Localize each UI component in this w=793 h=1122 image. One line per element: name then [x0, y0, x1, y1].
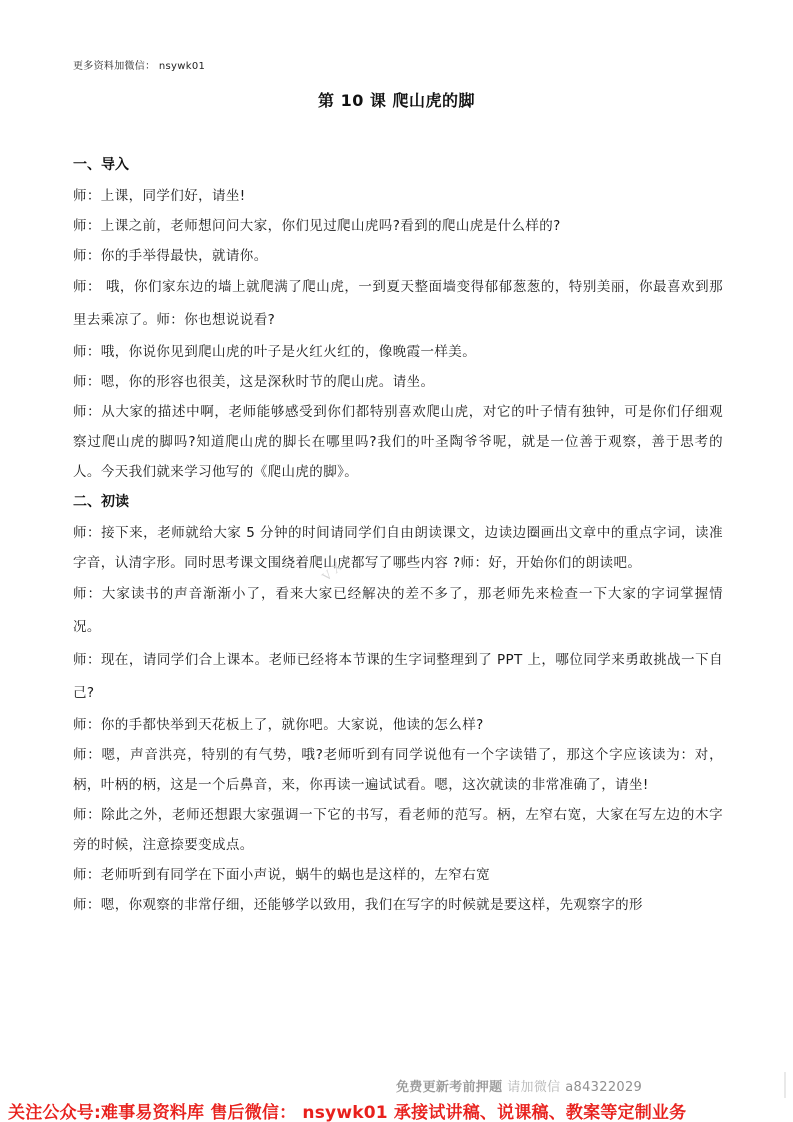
page-edge-mark: [784, 1072, 786, 1098]
paragraph: 师：嗯，声音洪亮，特别的有气势，哦?老师听到有同学说他有一个字读错了，那这个字应…: [73, 740, 723, 800]
paragraph: 师：嗯，你观察的非常仔细，还能够学以致用，我们在写字的时候就是要这样，先观察字的…: [73, 890, 723, 920]
document-body: 一、导入 师：上课，同学们好，请坐! 师：上课之前，老师想问问大家，你们见过爬山…: [73, 150, 723, 920]
promo-light-text: 请加微信: [507, 1080, 560, 1095]
footer-banner: 关注公众号:难事易资料库 售后微信： nsywk01 承接试讲稿、说课稿、教案等…: [8, 1098, 686, 1122]
paragraph: 师：你的手都快举到天花板上了，就你吧。大家说，他读的怎么样?: [73, 710, 723, 740]
paragraph: 师：现在，请同学们合上课本。老师已经将本节课的生字词整理到了 PPT 上，哪位同…: [73, 644, 723, 710]
section-heading-intro: 一、导入: [73, 152, 723, 178]
paragraph: 师：哦，你说你见到爬山虎的叶子是火红火红的，像晚霞一样美。: [73, 337, 723, 367]
paragraph: 师：除此之外，老师还想跟大家强调一下它的书写，看老师的范写。柄，左窄右宽，大家在…: [73, 800, 723, 860]
paragraph: 师：你的手举得最快，就请你。: [73, 241, 723, 271]
paragraph: 师：上课，同学们好，请坐!: [73, 181, 723, 211]
document-title: 第 10 课 爬山虎的脚: [0, 88, 793, 111]
paragraph: 师：嗯，你的形容也很美，这是深秋时节的爬山虎。请坐。: [73, 367, 723, 397]
paragraph: 师：从大家的描述中啊，老师能够感受到你们都特别喜欢爬山虎，对它的叶子情有独钟，可…: [73, 397, 723, 487]
promo-wechat-id: a84322029: [565, 1080, 642, 1095]
footer-promo: 免费更新考前押题 请加微信 a84322029: [396, 1076, 642, 1095]
header-contact-note: 更多资料加微信： nsywk01: [73, 57, 205, 72]
paragraph: 师：大家读书的声音渐渐小了，看来大家已经解决的差不多了，那老师先来检查一下大家的…: [73, 578, 723, 644]
paragraph: 师：老师听到有同学在下面小声说，蜗牛的蜗也是这样的，左窄右宽: [73, 860, 723, 890]
paragraph: 师：接下来，老师就给大家 5 分钟的时间请同学们自由朗读课文，边读边圈画出文章中…: [73, 518, 723, 578]
paragraph: 师： 哦，你们家东边的墙上就爬满了爬山虎，一到夏天整面墙变得郁郁葱葱的，特别美丽…: [73, 271, 723, 337]
promo-bold-text: 免费更新考前押题: [396, 1080, 502, 1095]
paragraph: 师：上课之前，老师想问问大家，你们见过爬山虎吗?看到的爬山虎是什么样的?: [73, 211, 723, 241]
section-heading-first-reading: 二、初读: [73, 489, 723, 515]
